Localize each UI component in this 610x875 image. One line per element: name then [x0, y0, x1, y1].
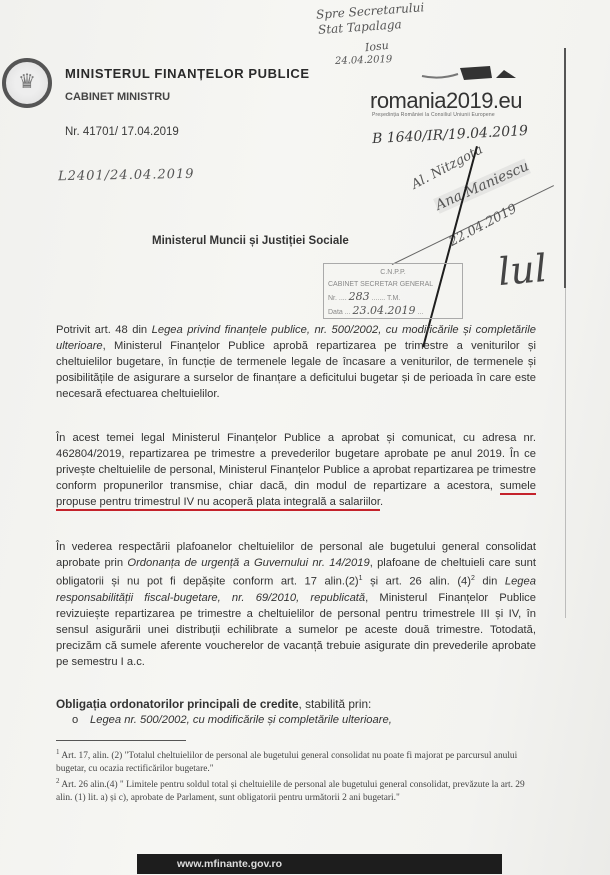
obligation-heading: Obligația ordonatorilor principali de cr…: [56, 696, 536, 712]
stamp-tm: T.M.: [387, 295, 400, 302]
scanned-letter-page: MINISTERUL FINANȚELOR PUBLICE CABINET MI…: [0, 0, 610, 875]
page-edge-line-faint: [565, 288, 566, 618]
stamp-date-label: Data: [328, 309, 343, 316]
bullet-item-law-500: oLegea nr. 500/2002, cu modificările și …: [72, 712, 552, 728]
registration-stamp: C.N.P.P. CABINET SECRETAR GENERAL Nr. ..…: [323, 263, 463, 319]
cabinet-name: CABINET MINISTRU: [65, 91, 170, 103]
footnote-1: 1 Art. 17, alin. (2) "Totalul cheltuieli…: [56, 746, 536, 775]
stamp-date-value: 23.04.2019: [353, 304, 416, 317]
stamp-number-row: Nr. .... 283 ....... T.M.: [328, 291, 458, 305]
romania2019-logo-text: romania2019.eu: [370, 88, 522, 114]
addressee: Ministerul Muncii și Justiției Sociale: [152, 235, 349, 247]
footnote-2: 2 Art. 26 alin.(4) " Limitele pentru sol…: [56, 775, 536, 804]
website-link[interactable]: www.mfinante.gov.ro: [177, 858, 282, 870]
stamp-line-2: CABINET SECRETAR GENERAL: [328, 279, 458, 291]
handwritten-date: 22.04.2019: [447, 201, 520, 249]
logo-subtitle: Președinția României la Consiliul Uniuni…: [372, 112, 495, 118]
stamp-nr-label: Nr.: [328, 295, 337, 302]
ministry-name: MINISTERUL FINANȚELOR PUBLICE: [65, 66, 310, 81]
handwritten-registration-number: L2401/24.04.2019: [58, 167, 195, 184]
page-edge-line: [564, 48, 566, 288]
handwritten-note-line-3: Iosu: [364, 39, 389, 54]
stamp-date-row: Data ... 23.04.2019 ...: [328, 305, 458, 319]
handwritten-signature: lul: [496, 246, 548, 294]
footer-website-bar: www.mfinante.gov.ro: [137, 854, 502, 874]
paragraph-revision: În vederea respectării plafoanelor chelt…: [56, 539, 536, 670]
stamp-nr-value: 283: [349, 290, 370, 303]
document-number: Nr. 41701/ 17.04.2019: [65, 126, 179, 138]
paragraph-approval: În acest temei legal Ministerul Finanțel…: [56, 430, 536, 510]
coat-of-arms-icon: [2, 58, 52, 108]
paragraph-legal-basis: Potrivit art. 48 din Legea privind finan…: [56, 322, 536, 402]
handwritten-entry-number: B 1640/IR/19.04.2019: [372, 123, 529, 147]
footnote-separator: [56, 740, 186, 741]
handwritten-note-date: 24.04.2019: [335, 54, 393, 67]
romania2019-logo-icon: [420, 62, 520, 84]
bullet-icon: o: [72, 712, 90, 728]
stamp-line-1: C.N.P.P.: [328, 267, 458, 279]
footnotes: 1 Art. 17, alin. (2) "Totalul cheltuieli…: [56, 746, 536, 804]
oug-reference: Ordonanța de urgență a Guvernului nr. 14…: [127, 557, 369, 569]
